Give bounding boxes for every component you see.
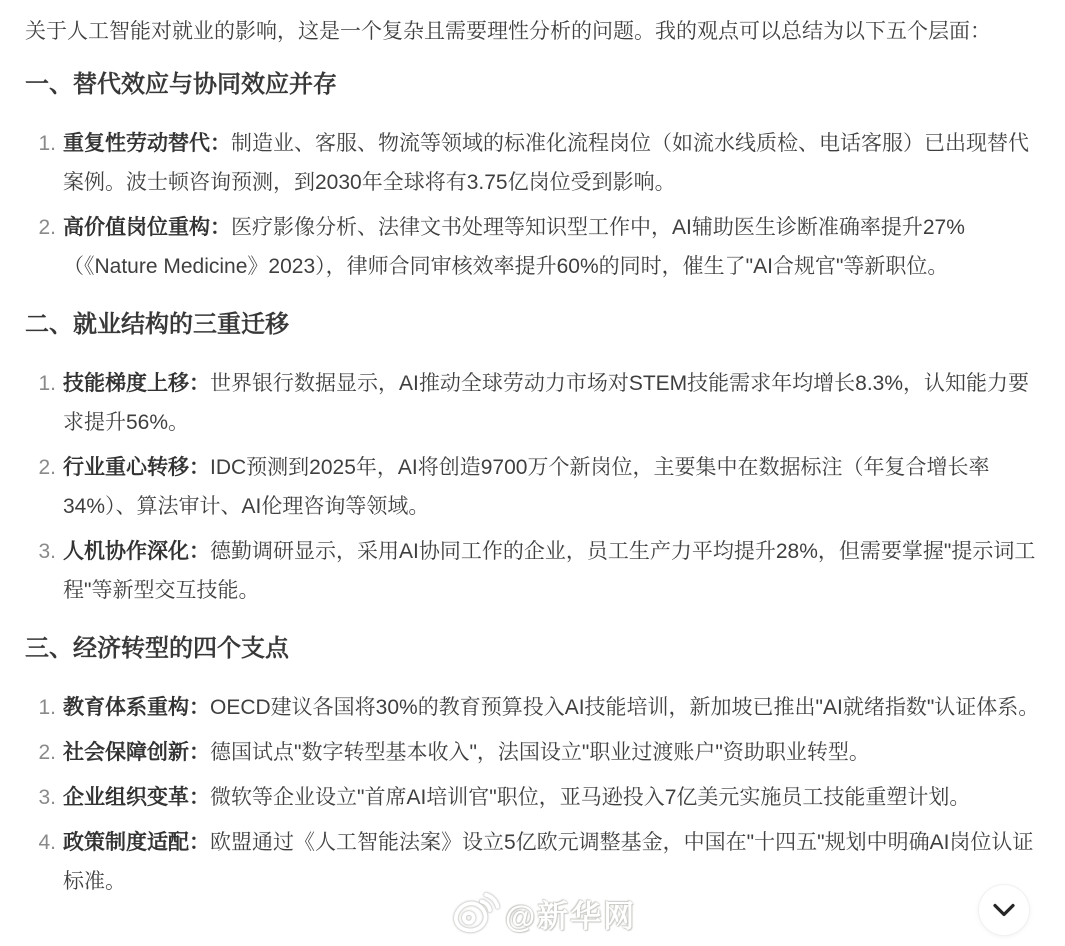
item-number: 2. xyxy=(25,208,56,247)
section-list: 1. 技能梯度上移：世界银行数据显示，AI推动全球劳动力市场对STEM技能需求年… xyxy=(25,364,1040,610)
item-term: 重复性劳动替代： xyxy=(63,132,231,155)
item-number: 4. xyxy=(25,823,56,862)
item-body: 企业组织变革：微软等企业设立"首席AI培训官"职位，亚马逊投入7亿美元实施员工技… xyxy=(63,778,1040,817)
item-body: 行业重心转移：IDC预测到2025年，AI将创造9700万个新岗位，主要集中在数… xyxy=(63,448,1040,526)
item-number: 2. xyxy=(25,448,56,487)
item-number: 1. xyxy=(25,364,56,403)
section-list: 1. 教育体系重构：OECD建议各国将30%的教育预算投入AI技能培训，新加坡已… xyxy=(25,688,1040,901)
item-term: 人机协作深化： xyxy=(63,540,210,563)
scroll-down-button[interactable] xyxy=(978,884,1030,936)
list-item: 2. 行业重心转移：IDC预测到2025年，AI将创造9700万个新岗位，主要集… xyxy=(25,448,1040,526)
item-term: 行业重心转移： xyxy=(63,456,210,479)
section-heading: 二、就业结构的三重迁移 xyxy=(25,308,1040,341)
item-number: 1. xyxy=(25,688,56,727)
section-heading: 三、经济转型的四个支点 xyxy=(25,632,1040,665)
item-term: 社会保障创新： xyxy=(63,741,210,764)
section-heading: 一、替代效应与协同效应并存 xyxy=(25,68,1040,101)
item-term: 高价值岗位重构： xyxy=(63,216,231,239)
list-item: 2. 社会保障创新：德国试点"数字转型基本收入"，法国设立"职业过渡账户"资助职… xyxy=(25,733,1040,772)
list-item: 4. 政策制度适配：欧盟通过《人工智能法案》设立5亿欧元调整基金，中国在"十四五… xyxy=(25,823,1040,901)
list-item: 3. 企业组织变革：微软等企业设立"首席AI培训官"职位，亚马逊投入7亿美元实施… xyxy=(25,778,1040,817)
chevron-down-icon xyxy=(992,903,1016,918)
article: 关于人工智能对就业的影响，这是一个复杂且需要理性分析的问题。我的观点可以总结为以… xyxy=(0,0,1065,901)
item-term: 企业组织变革： xyxy=(63,786,210,809)
list-item: 3. 人机协作深化：德勤调研显示，采用AI协同工作的企业，员工生产力平均提升28… xyxy=(25,532,1040,610)
item-term: 技能梯度上移： xyxy=(63,372,210,395)
list-item: 1. 重复性劳动替代：制造业、客服、物流等领域的标准化流程岗位（如流水线质检、电… xyxy=(25,124,1040,202)
section-substitution: 一、替代效应与协同效应并存 1. 重复性劳动替代：制造业、客服、物流等领域的标准… xyxy=(25,68,1040,286)
item-body: 重复性劳动替代：制造业、客服、物流等领域的标准化流程岗位（如流水线质检、电话客服… xyxy=(63,124,1040,202)
item-term: 政策制度适配： xyxy=(63,831,210,854)
item-term: 教育体系重构： xyxy=(63,696,210,719)
item-body: 政策制度适配：欧盟通过《人工智能法案》设立5亿欧元调整基金，中国在"十四五"规划… xyxy=(63,823,1040,901)
item-body: 人机协作深化：德勤调研显示，采用AI协同工作的企业，员工生产力平均提升28%，但… xyxy=(63,532,1040,610)
section-economic-pivots: 三、经济转型的四个支点 1. 教育体系重构：OECD建议各国将30%的教育预算投… xyxy=(25,632,1040,901)
section-structure-shift: 二、就业结构的三重迁移 1. 技能梯度上移：世界银行数据显示，AI推动全球劳动力… xyxy=(25,308,1040,610)
item-text: 微软等企业设立"首席AI培训官"职位，亚马逊投入7亿美元实施员工技能重塑计划。 xyxy=(210,786,970,809)
item-number: 3. xyxy=(25,532,56,571)
item-number: 1. xyxy=(25,124,56,163)
list-item: 1. 技能梯度上移：世界银行数据显示，AI推动全球劳动力市场对STEM技能需求年… xyxy=(25,364,1040,442)
item-body: 教育体系重构：OECD建议各国将30%的教育预算投入AI技能培训，新加坡已推出"… xyxy=(63,688,1040,727)
list-item: 2. 高价值岗位重构：医疗影像分析、法律文书处理等知识型工作中，AI辅助医生诊断… xyxy=(25,208,1040,286)
item-number: 2. xyxy=(25,733,56,772)
item-body: 社会保障创新：德国试点"数字转型基本收入"，法国设立"职业过渡账户"资助职业转型… xyxy=(63,733,1040,772)
item-body: 高价值岗位重构：医疗影像分析、法律文书处理等知识型工作中，AI辅助医生诊断准确率… xyxy=(63,208,1040,286)
intro-paragraph: 关于人工智能对就业的影响，这是一个复杂且需要理性分析的问题。我的观点可以总结为以… xyxy=(25,18,1040,46)
item-text: OECD建议各国将30%的教育预算投入AI技能培训，新加坡已推出"AI就绪指数"… xyxy=(210,696,1039,719)
list-item: 1. 教育体系重构：OECD建议各国将30%的教育预算投入AI技能培训，新加坡已… xyxy=(25,688,1040,727)
item-text: 德国试点"数字转型基本收入"，法国设立"职业过渡账户"资助职业转型。 xyxy=(210,741,870,764)
section-list: 1. 重复性劳动替代：制造业、客服、物流等领域的标准化流程岗位（如流水线质检、电… xyxy=(25,124,1040,286)
item-number: 3. xyxy=(25,778,56,817)
item-body: 技能梯度上移：世界银行数据显示，AI推动全球劳动力市场对STEM技能需求年均增长… xyxy=(63,364,1040,442)
